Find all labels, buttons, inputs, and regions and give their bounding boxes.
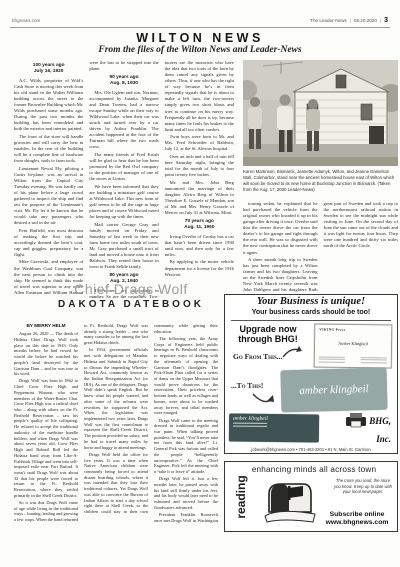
dark-business-card: amber klingbeil — [229, 414, 319, 443]
datebook-paragraph: August 26, 2020 — The death of Hidatsa C… — [14, 331, 78, 377]
newspaper-page: bhgnews.com The Leader-News | 08.20.2020… — [0, 0, 400, 567]
dark-card-name: amber klingbeil — [233, 416, 315, 423]
datebook-columns: BY MERRY HELM August 26, 2020 — The deat… — [14, 323, 218, 525]
business-cards-ad: Your Business is unique! Your business c… — [224, 294, 398, 454]
section-banner-title: WILTON NEWS — [0, 31, 400, 45]
ad-headline: Your Business is unique! — [225, 296, 397, 307]
datebook-series-title: DAKOTA DATEBOOK — [4, 299, 258, 310]
section-date: Aug. 11, 1950 — [165, 225, 234, 231]
ad-contact-line: jobwork@bhgnews.com • 701-463-2201 • 91 … — [225, 447, 397, 452]
separator: | — [380, 18, 381, 23]
homestead-photo — [243, 60, 398, 166]
card-contact-bars — [319, 355, 345, 364]
card-contact-bars — [361, 355, 387, 364]
mailbox-icon — [259, 478, 321, 524]
news-paragraph: The many friends of Fred Krush will be g… — [89, 152, 158, 182]
news-columns-continued: touring sedan, he explained that he had … — [243, 201, 398, 305]
printer-icon — [345, 412, 367, 428]
news-paragraph: We have been informed that they are buil… — [89, 184, 158, 220]
ad-divider — [231, 320, 391, 321]
to-this-label: ...To This! — [231, 381, 263, 390]
new-business-card: amber klingbeil — [280, 368, 387, 413]
news-section-90-years: 90 years ago Aug. 8, 1930 Mrs. Ole Uglem… — [89, 75, 158, 270]
news-paragraph: Mrs. Ole Uglem and son, Norman, accompan… — [89, 90, 158, 151]
subscribe-ad: enhancing minds all across town reading … — [224, 461, 398, 532]
news-section-70-years: 70 years ago Aug. 11, 1950 Irving Overbo… — [165, 219, 234, 278]
issue-date: 08.20.2020 — [354, 18, 377, 23]
site-url: bhgnews.com — [12, 18, 40, 23]
datebook-header: Chief Drags Wolf DAKOTA DATEBOOK — [4, 281, 258, 310]
datebook-paragraph: In 1934, government officials met with d… — [84, 347, 148, 450]
news-paragraph: The front of the store will handle groce… — [14, 134, 83, 164]
datebook-paragraph: Drags Wolf left it. Just a few months la… — [154, 476, 218, 510]
separator: | — [350, 18, 351, 23]
datebook-paragraph: Drags Wolf was born in 1862 to Chief Cro… — [14, 378, 78, 498]
subscribe-ad-body: The more you read, the more you know. Ke… — [334, 478, 392, 495]
subscribe-ad-headline: enhancing minds all across town — [235, 465, 393, 474]
subscribe-cta-text: Subscribe online — [330, 511, 385, 518]
news-paragraph: Over an inch and a half of rain fell her… — [165, 154, 234, 178]
old-card-name: Amber Klingbeil — [315, 340, 391, 346]
issue-info: The Leader-News | 08.20.2020 | 3 — [310, 17, 388, 24]
news-paragraph: Mail carrier George Gray and family move… — [89, 222, 158, 271]
datebook-paragraph: The following year, the Army Corps of En… — [154, 336, 218, 416]
news-paragraph: Twin boys were born to Mr. and Mrs. Fred… — [165, 134, 234, 152]
datebook-paragraph: Drags Wolf came to the meeting dressed i… — [154, 418, 218, 475]
bhg-logo-text: BHG, Inc. — [369, 416, 391, 444]
curved-arrow-icon — [281, 345, 303, 359]
old-business-card: VIKING Press Amber Klingbeil — [314, 323, 393, 368]
section-banner-subtitle: From the files of the Wilton News and Le… — [0, 45, 400, 55]
datebook-title: Chief Drags Wolf — [4, 281, 258, 297]
go-from-this-label: Go From This... — [233, 352, 282, 361]
news-paragraph: touring sedan, he explained that he had … — [243, 201, 318, 256]
reading-vertical-label: reading — [234, 467, 248, 527]
homestead-photo-art — [243, 60, 398, 166]
news-paragraph: Irving Overbo of Crosby has a car that h… — [165, 234, 234, 258]
subscribe-cta: Subscribe online www.bhgnews.com — [322, 511, 392, 527]
old-card-brand: VIKING Press — [319, 328, 345, 332]
subscribe-url: www.bhgnews.com — [326, 519, 389, 526]
news-paragraph: Mr. and Mrs. John Berg announced the mar… — [165, 180, 234, 216]
byline: BY MERRY HELM — [14, 323, 78, 329]
bhg-logo: BHG, Inc. — [329, 411, 391, 447]
section-date: July 16, 1920 — [14, 69, 83, 75]
people-silhouettes — [248, 95, 320, 153]
photo-caption: Karen Martinson, Bismarck, Jeanette Adam… — [243, 169, 398, 193]
news-paragraph: A.C. Wilds, proprietor of Wild’s Cash St… — [14, 78, 83, 133]
new-card-name: amber klingbeil — [299, 384, 369, 396]
section-date: Aug. 8, 1930 — [89, 81, 158, 87]
ad-upgrade-text: Upgrade now through BHG! — [228, 325, 308, 345]
masthead-rule — [10, 27, 390, 28]
news-columns: 100 years ago July 16, 1920 A.C. Wilds, … — [14, 60, 234, 304]
ad-subhead: Your business cards should be too! — [225, 309, 397, 316]
page-number: 3 — [384, 17, 388, 24]
news-paragraph: Fern Hatfield, was most desirous of maki… — [14, 228, 83, 258]
curved-arrow-icon — [251, 391, 275, 407]
news-paragraph: By applying to the motor vehicle departm… — [165, 259, 234, 277]
masthead: bhgnews.com The Leader-News | 08.20.2020… — [12, 17, 388, 24]
paper-name: The Leader-News — [310, 18, 347, 23]
news-paragraph: Lieutenant Newal Ely, piloting a Curtis … — [14, 166, 83, 227]
